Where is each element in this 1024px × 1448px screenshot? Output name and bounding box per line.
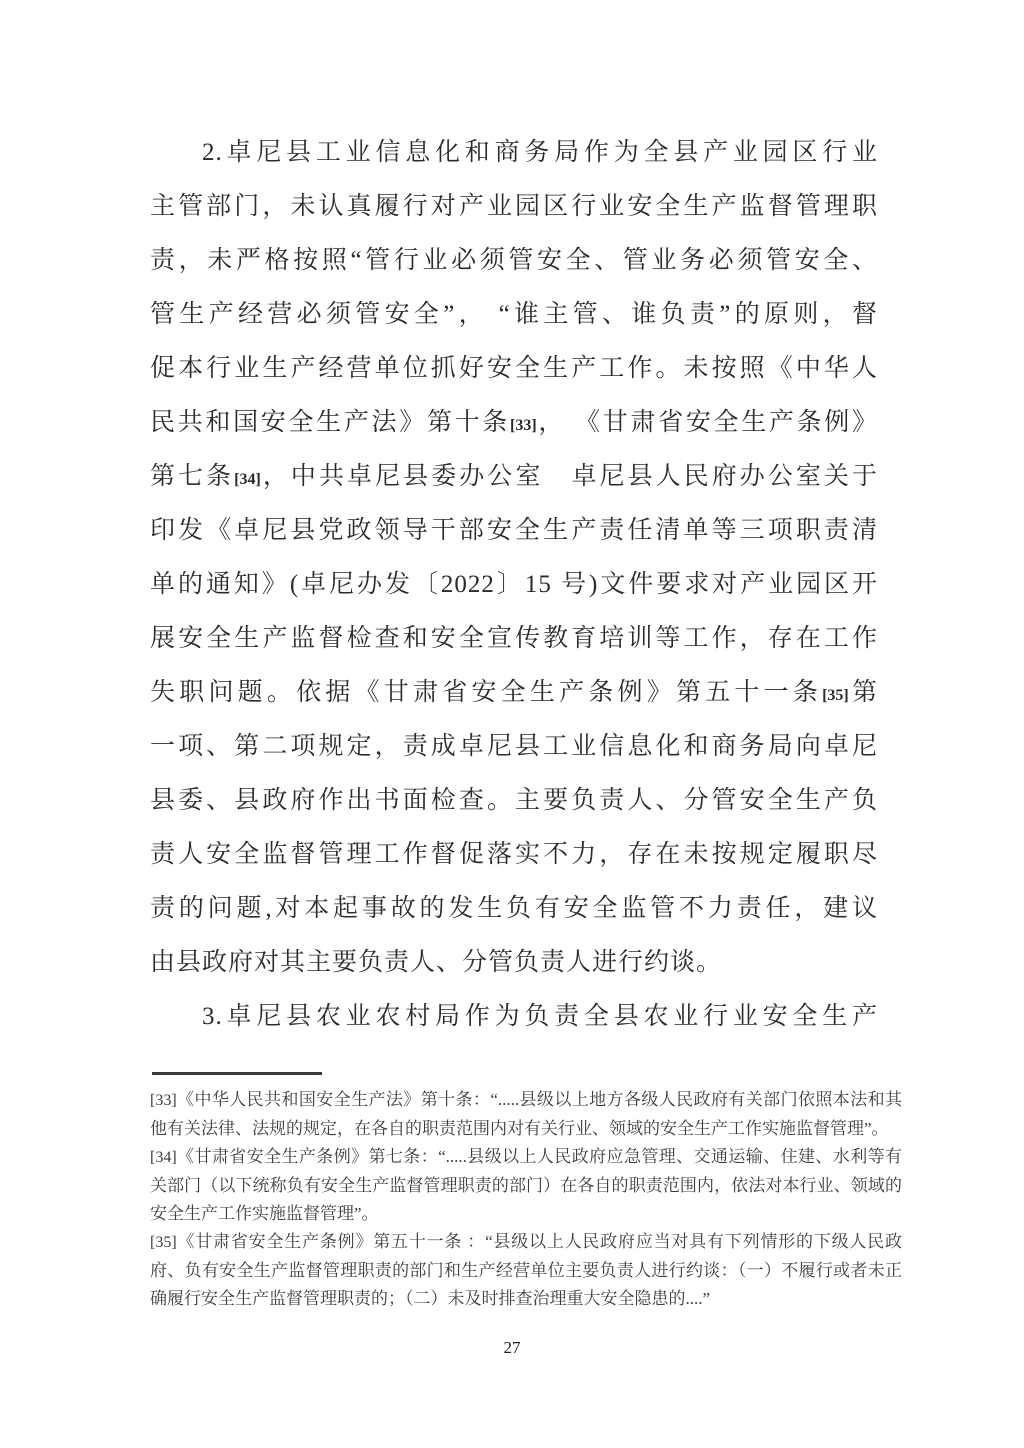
- footnote-item: [33]《中华人民共和国安全生产法》第十条：“.....县级以上地方各级人民政府…: [150, 1086, 902, 1143]
- body-line: 第七条[34]，中共卓尼县委办公室 卓尼县人民府办公室关于: [150, 450, 878, 504]
- footnote-ref: [34]: [234, 471, 261, 488]
- body-line: 2.卓尼县工业信息化和商务局作为全县产业园区行业: [150, 126, 878, 180]
- body-line: 单的通知》(卓尼办发〔2022〕15 号)文件要求对产业园区开: [150, 558, 878, 612]
- footnote-ref: [33]: [510, 417, 537, 434]
- footnotes: [33]《中华人民共和国安全生产法》第十条：“.....县级以上地方各级人民政府…: [150, 1086, 902, 1313]
- page-number: 27: [0, 1338, 1024, 1358]
- footnote-marker: [33]: [150, 1092, 177, 1109]
- footnote-ref: [35]: [822, 687, 849, 704]
- body-line: 县委、县政府作出书面检查。主要负责人、分管安全生产负: [150, 774, 878, 828]
- body-line: 责，未严格按照“管行业必须管安全、管业务必须管安全、: [150, 234, 878, 288]
- body-line: 展安全生产监督检查和安全宣传教育培训等工作，存在工作: [150, 612, 878, 666]
- body-line: 民共和国安全生产法》第十条[33]， 《甘肃省安全生产条例》: [150, 396, 878, 450]
- body-line: 管生产经营必须管安全”， “谁主管、谁负责”的原则，督: [150, 288, 878, 342]
- document-page: 2.卓尼县工业信息化和商务局作为全县产业园区行业主管部门，未认真履行对产业园区行…: [0, 0, 1024, 1448]
- body-line: 一项、第二项规定，责成卓尼县工业信息化和商务局向卓尼: [150, 720, 878, 774]
- body-line: 责人安全监督管理工作督促落实不力，存在未按规定履职尽: [150, 828, 878, 882]
- footnote-separator: [152, 1072, 322, 1075]
- body-line: 3.卓尼县农业农村局作为负责全县农业行业安全生产: [150, 990, 878, 1044]
- body-line: 责的问题,对本起事故的发生负有安全监管不力责任，建议: [150, 882, 878, 936]
- body-line: 促本行业生产经营单位抓好安全生产工作。未按照《中华人: [150, 342, 878, 396]
- footnote-marker: [34]: [150, 1149, 177, 1166]
- body-line: 失职问题。依据《甘肃省安全生产条例》第五十一条[35]第: [150, 666, 878, 720]
- body-text: 2.卓尼县工业信息化和商务局作为全县产业园区行业主管部门，未认真履行对产业园区行…: [150, 126, 878, 1044]
- footnote-marker: [35]: [150, 1234, 177, 1251]
- footnote-item: [34]《甘肃省安全生产条例》第七条：“.....县级以上人民政府应急管理、交通…: [150, 1143, 902, 1228]
- body-line: 主管部门，未认真履行对产业园区行业安全生产监督管理职: [150, 180, 878, 234]
- body-line: 由县政府对其主要负责人、分管负责人进行约谈。: [150, 936, 878, 990]
- footnote-item: [35]《甘肃省安全生产条例》第五十一条 ：“县级以上人民政府应当对具有下列情形…: [150, 1228, 902, 1313]
- body-line: 印发《卓尼县党政领导干部安全生产责任清单等三项职责清: [150, 504, 878, 558]
